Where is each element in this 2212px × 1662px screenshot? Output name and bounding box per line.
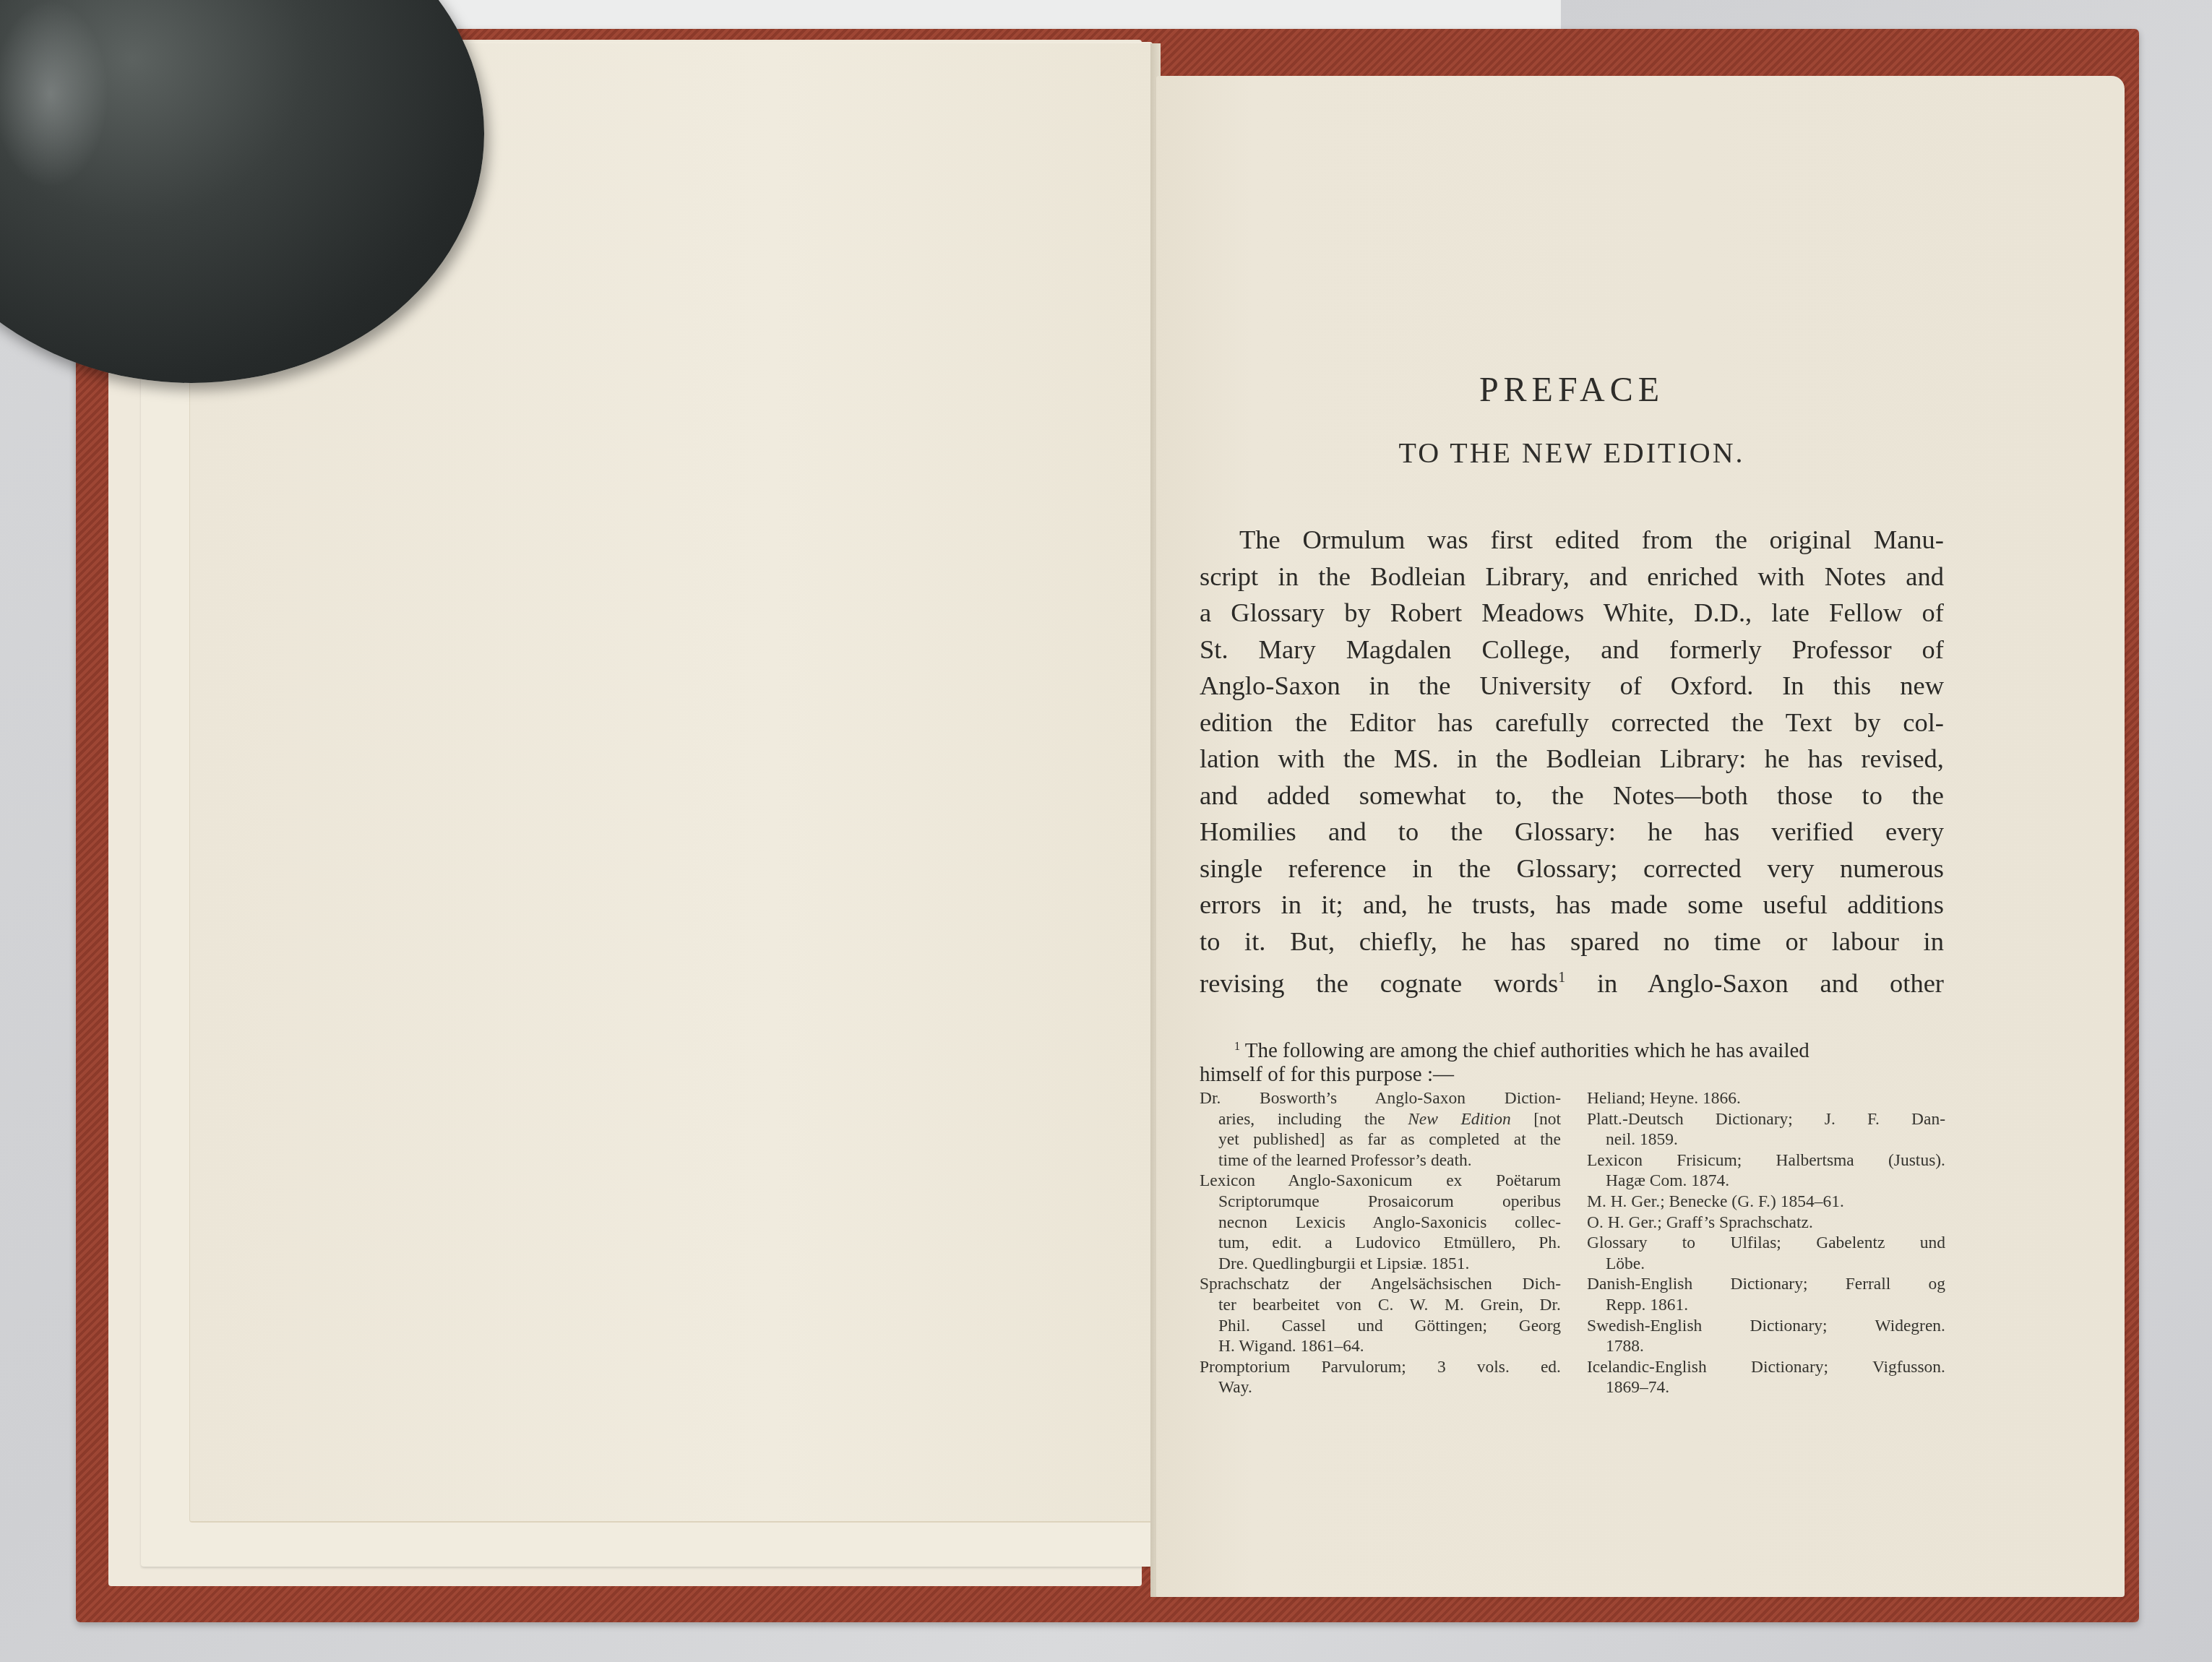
body-line: Homilies and to the Glossary: he has ver…	[1200, 814, 1944, 851]
reference-line: Repp. 1861.	[1587, 1295, 1945, 1316]
reference-entry: Lexicon Anglo-Saxonicum ex PoëtarumScrip…	[1200, 1171, 1561, 1274]
body-line: script in the Bodleian Library, and enri…	[1200, 559, 1944, 595]
reference-line: Swedish-English Dictionary; Widegren.	[1587, 1316, 1945, 1337]
reference-line: Dre. Quedlingburgii et Lipsiæ. 1851.	[1200, 1254, 1561, 1275]
reference-line: Sprachschatz der Angelsächsischen Dich-	[1200, 1274, 1561, 1295]
reference-entry: Heliand; Heyne. 1866.	[1587, 1088, 1945, 1109]
body-line: single reference in the Glossary; correc…	[1200, 851, 1944, 887]
body-line: revising the cognate words1 in Anglo-Sax…	[1200, 960, 1944, 1002]
reference-entry: Dr. Bosworth’s Anglo-Saxon Diction-aries…	[1200, 1088, 1561, 1171]
reference-line: Danish-English Dictionary; Ferrall og	[1587, 1274, 1945, 1295]
footnote-intro: 1 The following are among the chief auth…	[1200, 1035, 1944, 1087]
body-line: lation with the MS. in the Bodleian Libr…	[1200, 741, 1944, 778]
footnote-line-1: 1 The following are among the chief auth…	[1200, 1035, 1944, 1063]
footnote-marker: 1	[1234, 1041, 1240, 1053]
reference-line: H. Wigand. 1861–64.	[1200, 1336, 1561, 1357]
reference-entry: M. H. Ger.; Benecke (G. F.) 1854–61.	[1587, 1192, 1945, 1213]
reference-line: Promptorium Parvulorum; 3 vols. ed.	[1200, 1357, 1561, 1378]
reference-line: M. H. Ger.; Benecke (G. F.) 1854–61.	[1587, 1192, 1945, 1213]
reference-line: Scriptorumque Prosaicorum operibus	[1200, 1192, 1561, 1213]
body-line: and added somewhat to, the Notes—both th…	[1200, 778, 1944, 814]
body-line: to it. But, chiefly, he has spared no ti…	[1200, 923, 1944, 960]
references-column-left: Dr. Bosworth’s Anglo-Saxon Diction-aries…	[1200, 1088, 1561, 1398]
footnote-line-2: himself of for this purpose :—	[1200, 1063, 1944, 1087]
weight-highlight	[0, 0, 108, 188]
body-line: Anglo-Saxon in the University of Oxford.…	[1200, 668, 1944, 705]
reference-entry: Promptorium Parvulorum; 3 vols. ed.Way.	[1200, 1357, 1561, 1398]
reference-line: Löbe.	[1587, 1254, 1945, 1275]
page-subtitle: TO THE NEW EDITION.	[1200, 436, 1944, 470]
reference-line: 1788.	[1587, 1336, 1945, 1357]
reference-entry: O. H. Ger.; Graff’s Sprachschatz.	[1587, 1213, 1945, 1233]
body-line: edition the Editor has carefully correct…	[1200, 705, 1944, 741]
body-line: a Glossary by Robert Meadows White, D.D.…	[1200, 595, 1944, 632]
page-title: PREFACE	[1200, 370, 1944, 410]
reference-line: time of the learned Professor’s death.	[1200, 1150, 1561, 1171]
reference-line: 1869–74.	[1587, 1377, 1945, 1398]
reference-line: Lexicon Frisicum; Halbertsma (Justus).	[1587, 1150, 1945, 1171]
reference-entry: Lexicon Frisicum; Halbertsma (Justus).Ha…	[1587, 1150, 1945, 1192]
reference-line: Platt.-Deutsch Dictionary; J. F. Dan-	[1587, 1109, 1945, 1130]
reference-line: tum, edit. a Ludovico Etmüllero, Ph.	[1200, 1233, 1561, 1254]
reference-entry: Glossary to Ulfilas; Gabelentz undLöbe.	[1587, 1233, 1945, 1274]
reference-line: Hagæ Com. 1874.	[1587, 1171, 1945, 1192]
reference-line: aries, including the New Edition [not	[1200, 1109, 1561, 1130]
reference-line: Heliand; Heyne. 1866.	[1587, 1088, 1945, 1109]
reference-line: neil. 1859.	[1587, 1129, 1945, 1150]
footnote-reference-marker: 1	[1558, 970, 1565, 986]
body-line: errors in it; and, he trusts, has made s…	[1200, 887, 1944, 923]
reference-entry: Icelandic-English Dictionary; Vigfusson.…	[1587, 1357, 1945, 1398]
body-line: St. Mary Magdalen College, and formerly …	[1200, 632, 1944, 668]
reference-line: Way.	[1200, 1377, 1561, 1398]
reference-line: Lexicon Anglo-Saxonicum ex Poëtarum	[1200, 1171, 1561, 1192]
reference-line: ter bearbeitet von C. W. M. Grein, Dr.	[1200, 1295, 1561, 1316]
references-column-right: Heliand; Heyne. 1866.Platt.-Deutsch Dict…	[1587, 1088, 1945, 1398]
reference-entry: Swedish-English Dictionary; Widegren.178…	[1587, 1316, 1945, 1357]
reference-line: Icelandic-English Dictionary; Vigfusson.	[1587, 1357, 1945, 1378]
reference-line: yet published] as far as completed at th…	[1200, 1129, 1561, 1150]
reference-entry: Platt.-Deutsch Dictionary; J. F. Dan-nei…	[1587, 1109, 1945, 1150]
reference-line: Glossary to Ulfilas; Gabelentz und	[1587, 1233, 1945, 1254]
reference-line: Dr. Bosworth’s Anglo-Saxon Diction-	[1200, 1088, 1561, 1109]
body-line: The Ormulum was first edited from the or…	[1200, 522, 1944, 559]
reference-entry: Sprachschatz der Angelsächsischen Dich-t…	[1200, 1274, 1561, 1356]
reference-line: Phil. Cassel und Göttingen; Georg	[1200, 1316, 1561, 1337]
reference-line: O. H. Ger.; Graff’s Sprachschatz.	[1587, 1213, 1945, 1233]
reference-entry: Danish-English Dictionary; Ferrall ogRep…	[1587, 1274, 1945, 1315]
reference-line: necnon Lexicis Anglo-Saxonicis collec-	[1200, 1213, 1561, 1233]
preface-body: The Ormulum was first edited from the or…	[1200, 522, 1944, 1002]
